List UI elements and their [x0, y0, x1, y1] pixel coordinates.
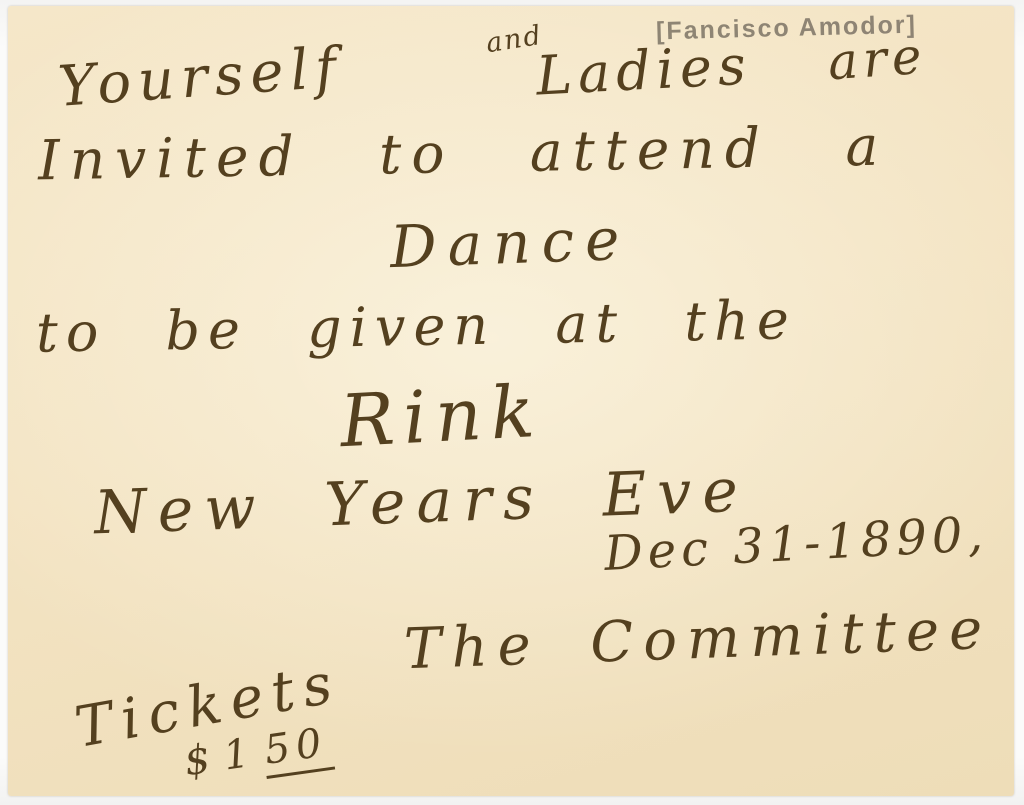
price-cents-underlined: 50: [260, 719, 335, 779]
handwritten-line-invited-to-attend: Invited to attend a: [38, 119, 889, 189]
handwritten-word-are: are: [826, 31, 928, 88]
handwritten-word-yourself: Yourself: [56, 40, 344, 116]
price-currency-symbol: $: [182, 735, 220, 785]
handwritten-line-to-be-given: to be given at the: [36, 293, 798, 360]
invitation-card-paper: [Fancisco Amodor] Yourself and Ladies ar…: [8, 6, 1014, 796]
handwritten-word-ladies: Ladies: [535, 38, 753, 103]
handwritten-line-dance: Dance: [389, 210, 631, 276]
handwritten-line-rink: Rink: [338, 375, 545, 458]
handwritten-line-the-committee: The Committee: [403, 602, 993, 678]
scanned-document: [Fancisco Amodor] Yourself and Ladies ar…: [0, 0, 1024, 805]
price-dollars: 1: [221, 730, 259, 780]
